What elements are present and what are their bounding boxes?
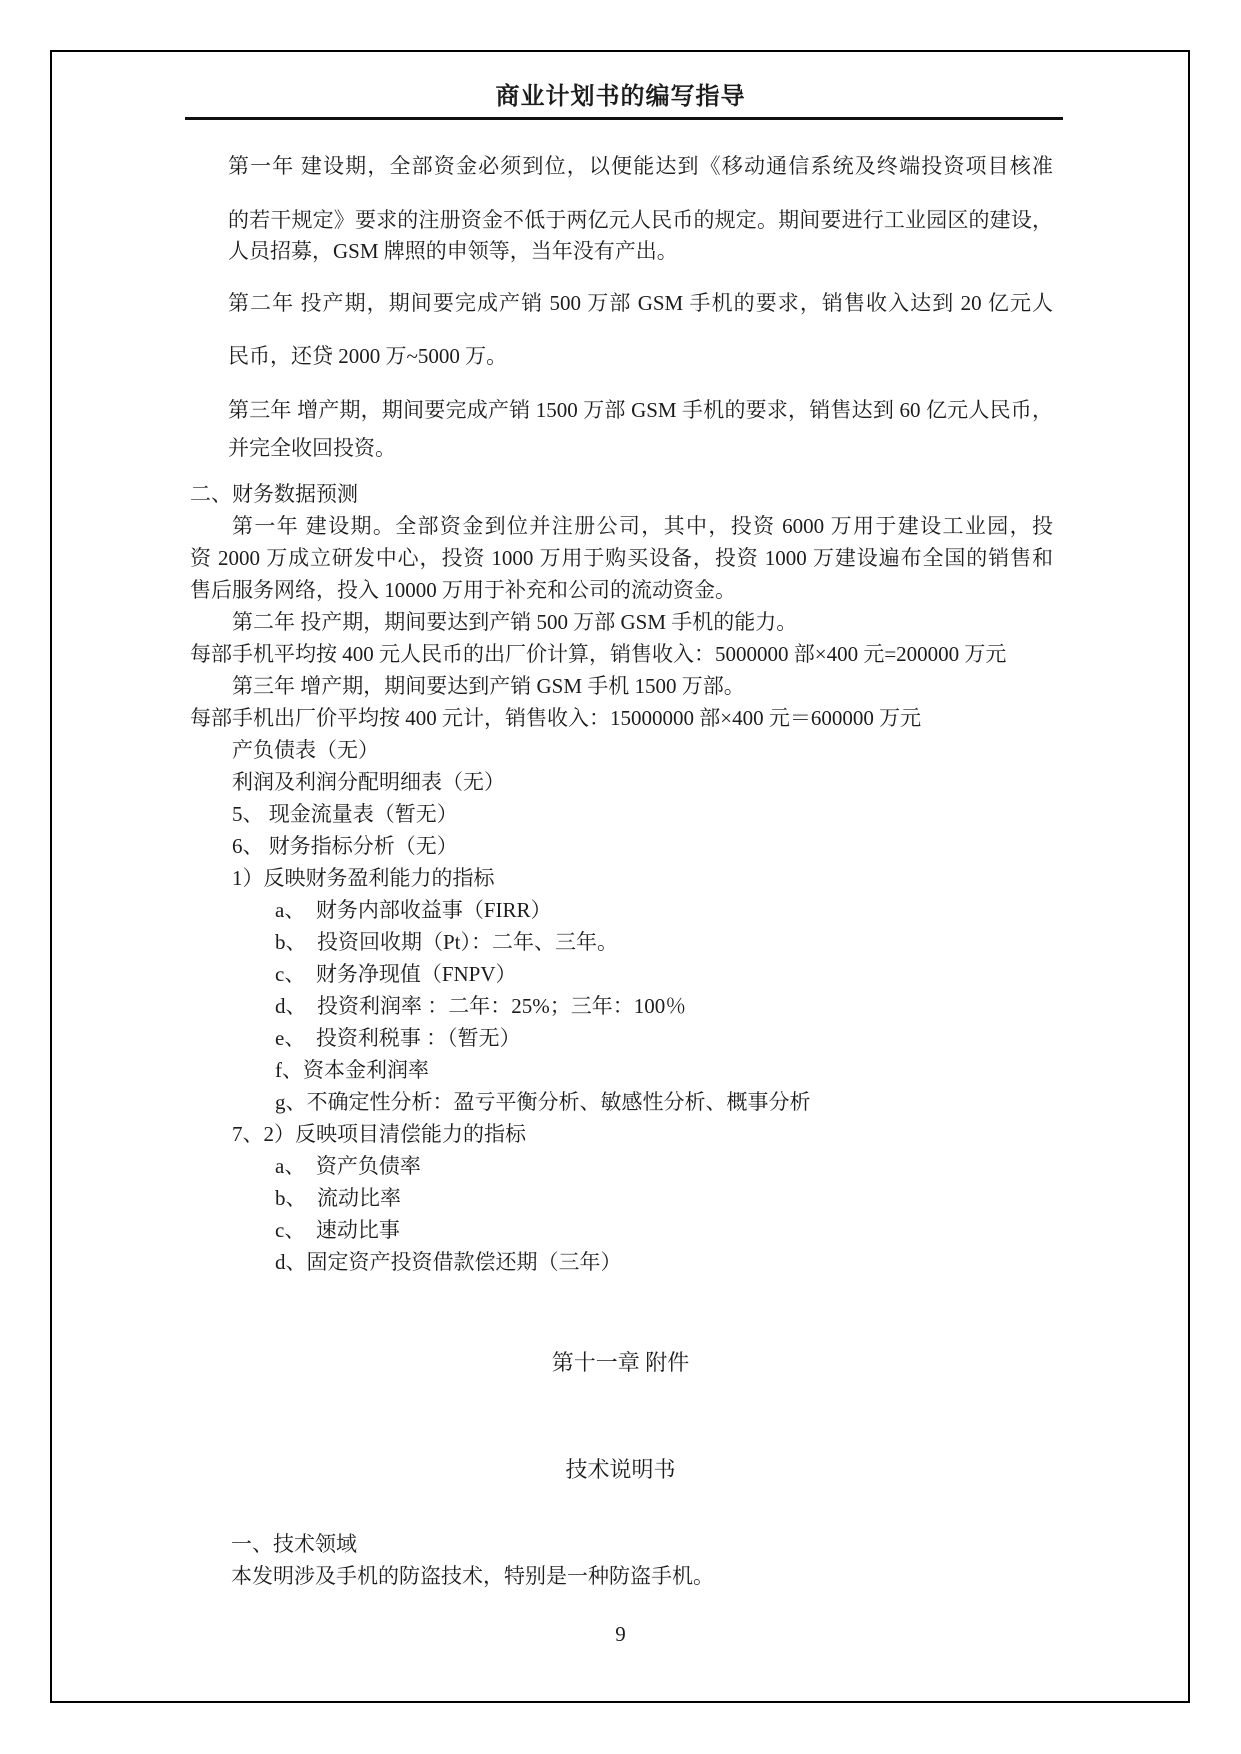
header-divider: [185, 117, 1063, 120]
list-item: b、 投资回收期（Pt）：二年、三年。: [190, 926, 1053, 958]
text-line: 的若干规定》要求的注册资金不低于两亿元人民币的规定。期间要进行工业园区的建设，: [228, 209, 1053, 232]
list-item: d、 投资利润率 ：二年：25%；三年：100％: [190, 990, 1053, 1022]
chapter-heading: 第十一章 附件: [0, 1351, 1241, 1375]
text-line: 利润及利润分配明细表（无）: [190, 766, 1053, 798]
list-item: f、资本金利润率: [190, 1054, 1053, 1086]
text-line: 民币，还贷 2000 万~5000 万。: [228, 345, 1053, 368]
text-line: 并完全收回投资。: [228, 437, 1053, 460]
list-item: 7、2）反映项目清偿能力的指标: [190, 1118, 1053, 1150]
text-line: 资 2000 万成立研发中心，投资 1000 万用于购买设备，投资 1000 万…: [190, 542, 1053, 574]
list-item: a、 资产负债率: [190, 1150, 1053, 1182]
section-heading: 二、财务数据预测: [190, 478, 1053, 510]
section-heading: 一、技术领域: [231, 1528, 1053, 1560]
list-item: 1）反映财务盈利能力的指标: [190, 862, 1053, 894]
page-title: 商业计划书的编写指导: [0, 84, 1241, 110]
text-line: 产负债表（无）: [190, 734, 1053, 766]
text-line: 本发明涉及手机的防盗技术，特别是一种防盗手机。: [231, 1560, 1053, 1592]
list-item: d、固定资产投资借款偿还期（三年）: [190, 1246, 1053, 1278]
list-item: c、 财务净现值（FNPV）: [190, 958, 1053, 990]
section-phase-overview: 第一年 建设期，全部资金必须到位，以便能达到《移动通信系统及终端投资项目核准 的…: [228, 155, 1053, 460]
text-line: 第二年 投产期，期间要完成产销 500 万部 GSM 手机的要求，销售收入达到 …: [228, 292, 1053, 315]
text-line: 第三年 增产期，期间要完成产销 1500 万部 GSM 手机的要求，销售达到 6…: [228, 399, 1053, 422]
text-line: 第三年 增产期，期间要达到产销 GSM 手机 1500 万部。: [190, 670, 1053, 702]
list-item: c、 速动比事: [190, 1214, 1053, 1246]
text-line: 第一年 建设期，全部资金必须到位，以便能达到《移动通信系统及终端投资项目核准: [228, 155, 1053, 178]
text-line: 第二年 投产期，期间要达到产销 500 万部 GSM 手机的能力。: [190, 606, 1053, 638]
section-financial-forecast: 二、财务数据预测 第一年 建设期。全部资金到位并注册公司，其中，投资 6000 …: [190, 478, 1053, 1278]
doc-subheading: 技术说明书: [0, 1458, 1241, 1482]
text-line: 第一年 建设期。全部资金到位并注册公司，其中，投资 6000 万用于建设工业园，…: [190, 510, 1053, 542]
list-item: b、 流动比率: [190, 1182, 1053, 1214]
list-item: g、不确定性分析：盈亏平衡分析、敏感性分析、概事分析: [190, 1086, 1053, 1118]
list-item: e、 投资利税事 ：（暂无）: [190, 1022, 1053, 1054]
text-line: 售后服务网络，投入 10000 万用于补充和公司的流动资金。: [190, 574, 1053, 606]
list-item: 5、 现金流量表（暂无）: [190, 798, 1053, 830]
page-number: 9: [0, 1622, 1241, 1647]
text-line: 每部手机平均按 400 元人民币的出厂价计算，销售收入：5000000 部×40…: [190, 638, 1053, 670]
text-line: 每部手机出厂价平均按 400 元计，销售收入：15000000 部×400 元＝…: [190, 702, 1053, 734]
text-line: 人员招募，GSM 牌照的申领等，当年没有产出。: [228, 240, 1053, 263]
list-item: a、 财务内部收益事（FIRR）: [190, 894, 1053, 926]
document-page: 商业计划书的编写指导 第一年 建设期，全部资金必须到位，以便能达到《移动通信系统…: [0, 0, 1241, 1754]
list-item: 6、 财务指标分析（无）: [190, 830, 1053, 862]
section-technical-field: 一、技术领域 本发明涉及手机的防盗技术，特别是一种防盗手机。: [231, 1528, 1053, 1592]
